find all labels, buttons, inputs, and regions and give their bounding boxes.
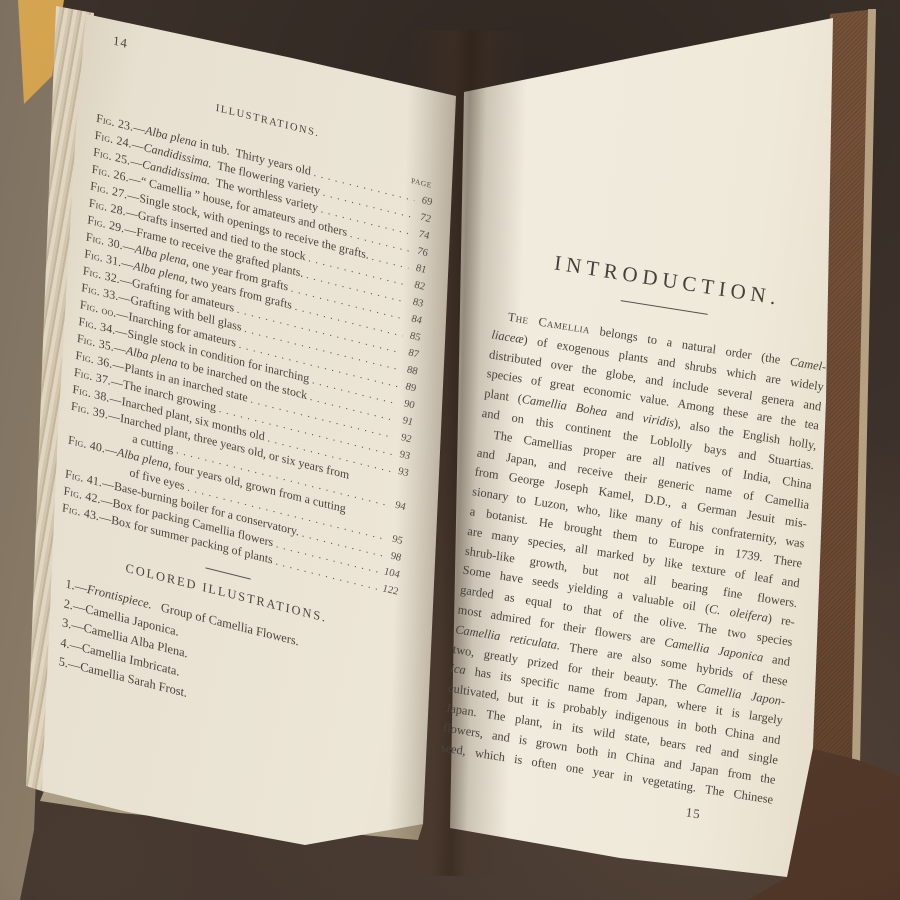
colored-entry-number: 4.— xyxy=(60,635,83,654)
text-segment: plant ( xyxy=(484,386,523,406)
figure-page-number: 93 xyxy=(393,462,409,482)
colored-entry-number: 2.— xyxy=(63,596,86,615)
colored-entry-number: 5.— xyxy=(58,654,81,673)
colored-entry-number: 1.— xyxy=(65,576,88,595)
figure-page-number: 94 xyxy=(390,496,406,516)
text-segment: and xyxy=(762,651,790,669)
figure-list: Fig. 23.—Alba plena in tub. Thirty years… xyxy=(61,110,433,600)
text-segment: ) re- xyxy=(767,611,796,629)
right-page-text: INTRODUCTION. The Camellia belongs to a … xyxy=(437,242,835,834)
book-photo: { "colors": { "background": "#41352e", "… xyxy=(0,0,900,900)
section-rule xyxy=(205,567,250,579)
text-segment: viridis xyxy=(642,411,675,430)
introduction-body: The Camellia belongs to a natural order … xyxy=(440,306,828,811)
text-segment: Camel- xyxy=(789,354,827,374)
text-segment: and xyxy=(606,406,643,426)
colored-entry-number: 3.— xyxy=(62,615,85,634)
text-segment: liaceæ xyxy=(491,327,525,346)
left-page-text: 14 ILLUSTRATIONS. PAGE Fig. 23.—Alba ple… xyxy=(48,30,440,753)
title-rule xyxy=(621,300,708,315)
figure-page-number: 122 xyxy=(382,580,399,600)
